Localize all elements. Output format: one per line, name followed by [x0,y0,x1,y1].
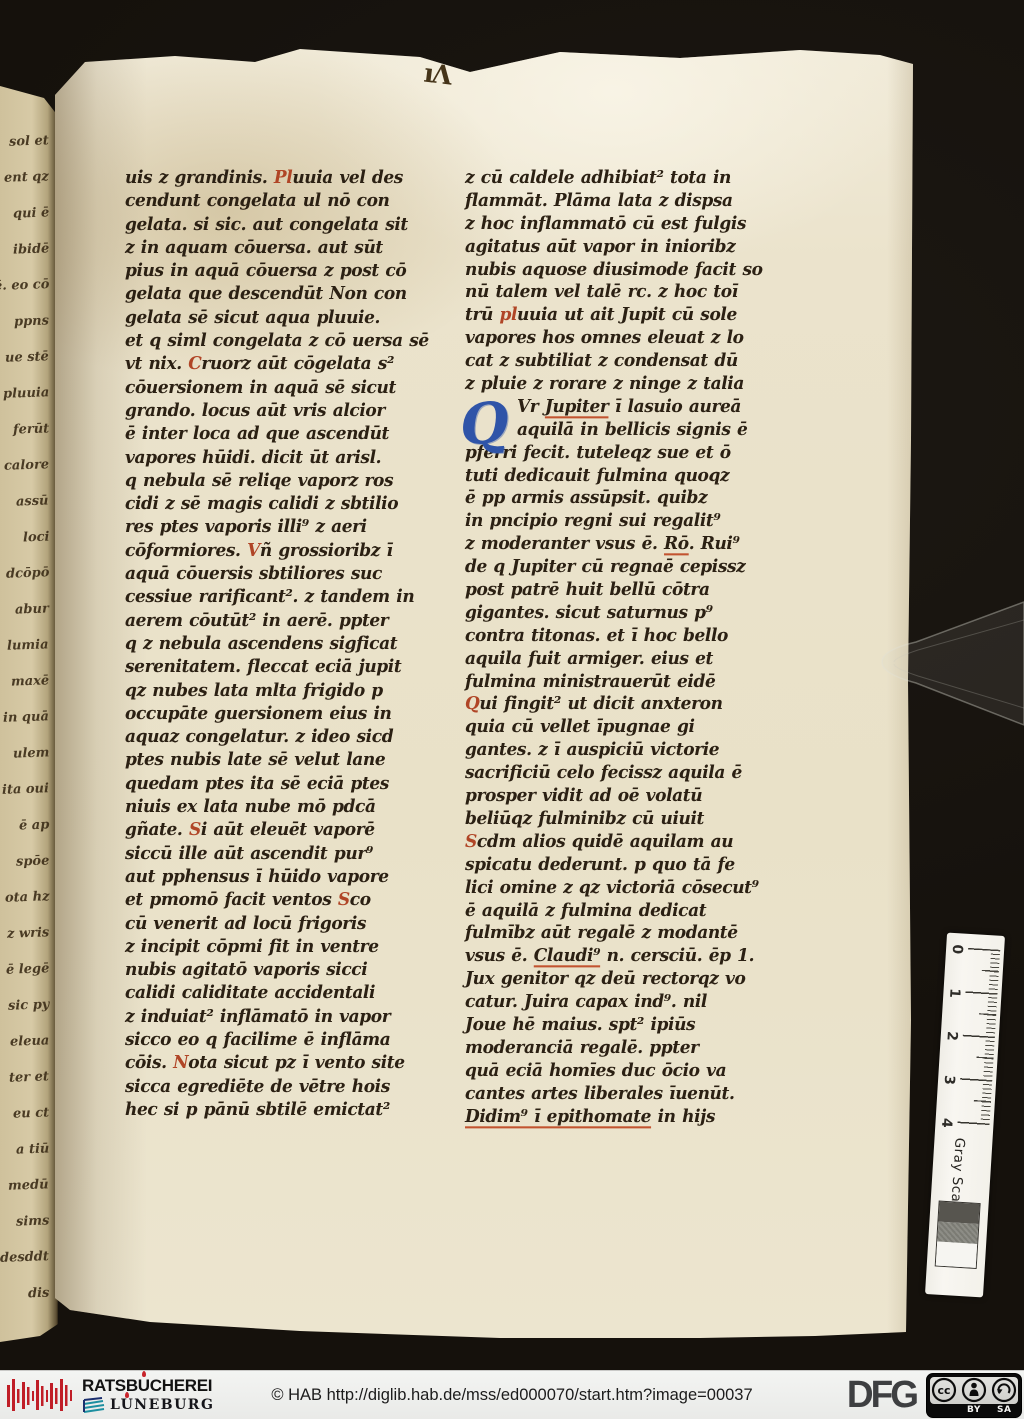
manuscript-line: de q Jupiter cū regnaē cepissz [465,557,813,581]
manuscript-line: aquilā in bellicis signis ē [465,419,813,443]
manuscript-line: z induiat² inflāmatō in vapor [125,1006,463,1030]
spine-fragment: z wris [7,925,50,941]
spine-fragment: sol et [9,133,49,149]
library-name: RATSBUCHEREI LUNEBURG [82,1377,214,1414]
manuscript-line: aquila fuit armiger. eius et [465,648,813,672]
spine-fragment: dcōpō [5,565,49,582]
patch-dark-gray [938,1202,979,1224]
manuscript-line: serenitatem. fleccat eciā jupit [125,657,463,681]
spine-fragment: sic py [7,997,49,1013]
manuscript-line: nubis agitatō vaporis sicci [125,960,463,984]
manuscript-line: grando. locus aūt vris alcior [125,401,463,425]
manuscript-line: res ptes vaporis illi⁹ z aeri [125,517,463,541]
footer-bar: RATSBUCHEREI LUNEBURG © HAB http://digli… [0,1370,1024,1419]
cc-by-label: BY [967,1405,981,1415]
ruler-number: 3 [941,1074,958,1085]
spine-fragment: ē ap [18,817,49,833]
manuscript-line: quā eciā homīes duc ōcio va [465,1060,813,1084]
manuscript-line: quia cū vellet īpugnae gi [465,717,813,741]
manuscript-line: cidi z sē magis calidi z sbtilio [125,494,463,518]
svg-text:cc: cc [937,1384,950,1397]
folio-mark: ıΛ [422,59,452,92]
by-person-icon [970,1382,979,1395]
gray-scale-patches [935,1201,981,1269]
manuscript-line: hec si p pānū sbtilē emictat² [125,1099,463,1123]
manuscript-line: q nebula sē reliqe vaporz ros [125,470,463,494]
manuscript-line: Joue hē maius. spt² ipiūs [465,1014,813,1038]
spine-fragment: loci [22,530,49,546]
manuscript-line: cōformiores. Vñ grossioribz ī [125,540,463,564]
manuscript-line: ē inter loca ad que ascendūt [125,424,463,448]
manuscript-line: prosper vidit ad oē volatū [465,786,813,810]
spine-fragment: a tiū [15,1141,49,1157]
manuscript-line: flammāt. Plāma lata z dispsa [465,190,813,214]
manuscript-line: vapores hos omnes eleuat z lo [465,328,813,352]
spine-fragment: maxē [11,673,50,689]
library-name-line2: LUNEBURG [110,1398,214,1412]
manuscript-line: cantes artes liberales īuenūt. [465,1083,813,1107]
spine-fragment: ppns [14,313,49,329]
manuscript-line: contra titonas. et ī hoc bello [465,625,813,649]
manuscript-line: cendunt congelata ul nō con [125,191,463,215]
gray-scale-ruler: 01234 Gray Scale [925,933,1005,1298]
manuscript-line: aut pphensus ī hūido vapore [125,866,463,890]
footer-right-logos: DFG cc BY SA [847,1371,1022,1419]
manuscript-line: fulmina ministrauerūt eidē [465,671,813,695]
ruler-number: 4 [938,1118,955,1129]
manuscript-line: pius in aquā cōuersa z post cō [125,261,463,285]
spine-fragment: desddt [0,1249,49,1266]
left-column: uis z grandinis. Pluuia vel descendunt c… [125,168,463,1123]
spine-fragment: calore [4,457,50,474]
spine-fragment: pluuia [2,385,49,402]
manuscript-line: catur. Juira capax ind⁹. nil [465,992,813,1016]
manuscript-line: aquā cōuersis sbtiliores suc [125,564,463,588]
manuscript-line: gantes. z ī auspiciū victorie [465,740,813,764]
spine-fragment: qui ē [12,205,49,221]
cc-license-badge: cc BY SA [926,1373,1022,1418]
manuscript-line: gelata sē sicut aqua pluuie. [125,307,463,331]
manuscript-line: fulmībz aūt regalē z modantē [465,923,813,947]
manuscript-line: vt nix. Cruorz aūt cōgelata s² [125,354,463,378]
manuscript-line: niuis ex lata nube mō pdcā [125,797,463,821]
credit-line: © HAB http://diglib.hab.de/mss/ed000070/… [271,1371,752,1419]
manuscript-line: cessiue rarificant². z tandem in [125,587,463,611]
ruler-number: 0 [949,944,966,955]
manuscript-line: vapores hūidi. dicit ūt arisl. [125,447,463,471]
manuscript-line: ptes nubis late sē velut lane [125,750,463,774]
manuscript-line: calidi caliditate accidentali [125,983,463,1007]
photo-stage: sol etent qzqui ēibidēē. eo cōppnsue stē… [0,0,1024,1371]
spine-fragment: ent qz [4,169,49,186]
book-icon [82,1396,106,1414]
manuscript-line: sicco eo q facilime ē inflāma [125,1030,463,1054]
manuscript-line: cat z subtiliat z condensat dū [465,351,813,375]
spine-fragment: assū [16,493,49,509]
manuscript-line: z moderanter vsus ē. Rō. Rui⁹ [465,534,813,558]
manuscript-line: sicca egrediēte de vētre hois [125,1076,463,1100]
manuscript-line: z incipit cōpmi fit in ventre [125,936,463,960]
spine-fragment: ota hz [4,889,49,906]
manuscript-line: tuti dedicauit fulmina quoqz [465,465,813,489]
manuscript-line: post patrē huit bellū cōtra [465,580,813,604]
manuscript-line: trū pluuia ut ait Jupit cū sole [465,305,813,329]
decorated-initial: Q [458,394,511,453]
manuscript-line: z in aquam cōuersa. aut sūt [125,237,463,261]
ruler-number: 2 [943,1031,960,1042]
manuscript-line: agitatus aūt vapor in inioribz [465,236,813,260]
right-column: z cū caldele adhibiat² tota inflammāt. P… [465,168,813,1129]
facing-page-edge: sol etent qzqui ēibidēē. eo cōppnsue stē… [0,86,58,1342]
manuscript-line: Didim⁹ ī epithomate in hijs [465,1106,813,1130]
spine-fragment: ferūt [13,421,50,437]
manuscript-line: siccū ille aūt ascendit pur⁹ [125,843,463,867]
manuscript-line: Jux genitor qz deū rectorqz vo [465,969,813,993]
spine-fragment: ita oui [2,781,49,798]
spine-fragment: ē. eo cō [0,277,49,294]
manuscript-line: spicatu dederunt. p quo tā fe [465,854,813,878]
manuscript-line: occupāte guersionem eius in [125,703,463,727]
manuscript-line: lici omine z qz victoriā cōsecut⁹ [465,877,813,901]
spine-fragment: ter et [9,1069,49,1085]
manuscript-line: pferri fecit. tuteleqz sue et ō [465,442,813,466]
manuscript-line: in pncipio regni sui regalit⁹ [465,511,813,535]
manuscript-line: qz nubes lata mlta frigido p [125,680,463,704]
spine-fragment: eu ct [13,1105,50,1121]
manuscript-line: moderanciā regalē. ppter [465,1037,813,1061]
manuscript-line: gelata que descendūt Non con [125,284,463,308]
spine-fragment: medū [8,1177,49,1193]
spine-fragment: sims [15,1213,49,1229]
manuscript-line: gñate. Si aūt eleuēt vaporē [125,820,463,844]
manuscript-line: q z nebula ascendens sigficat [125,633,463,657]
manuscript-line: beliūqz fulminibz cū uiuit [465,808,813,832]
manuscript-line: et pmomō facit ventos Sco [125,890,463,914]
spine-fragment: spōe [15,853,49,869]
cc-sa-label: SA [997,1405,1011,1415]
red-bars-icon [5,1375,75,1415]
spine-fragment: eleua [9,1033,49,1049]
ruler-number: 1 [946,987,963,998]
sa-arrow-icon [997,1384,1010,1394]
spine-fragment: ē legē [5,961,49,978]
patch-mid-gray [937,1222,978,1244]
manuscript-line: aerem cōutūt² in aerē. ppter [125,610,463,634]
manuscript-line: nubis aquose diusimode facit so [465,259,813,283]
spine-fragment: abur [15,601,49,617]
manuscript-line: uis z grandinis. Pluuia vel des [125,168,463,192]
spine-fragment: lumia [7,637,49,653]
manuscript-line: cōuersionem in aquā sē sicut [125,377,463,401]
manuscript-line: et q siml congelata z cō uersa sē [125,331,463,355]
spine-fragment: ibidē [12,241,49,257]
manuscript-line: cū venerit ad locū frigoris [125,913,463,937]
manuscript-line: Vr Jupiter ī lasuio aureā [465,396,813,420]
manuscript-line: z cū caldele adhibiat² tota in [465,168,813,192]
spine-fragment: ue stē [5,349,49,366]
manuscript-line: ē pp armis assūpsit. quibz [465,488,813,512]
spine-fragment: in quā [3,709,49,726]
page-holder-clip-icon [854,580,1024,745]
manuscript-line: sacrificiū celo fecissz aquila ē [465,763,813,787]
manuscript-line: aquaz congelatur. z ideo sicd [125,727,463,751]
manuscript-line: ē aquilā z fulmina dedicat [465,900,813,924]
dfg-logo: DFG [847,1374,916,1417]
manuscript-line: nū talem vel talē rc. z hoc toī [465,282,813,306]
manuscript-line: gigantes. sicut saturnus p⁹ [465,602,813,626]
ruler-numbers: 01234 [947,933,1005,937]
library-name-line1: RATSBUCHEREI [82,1377,214,1394]
manuscript-line: z pluie z rorare z ninge z talia [465,374,813,398]
spine-fragment: dis [27,1286,49,1302]
manuscript-line: cōis. Nota sicut pz ī vento site [125,1053,463,1077]
manuscript-line: vsus ē. Claudi⁹ n. cersciū. ēp 1. [465,946,813,970]
manuscript-line: quedam ptes ita sē eciā ptes [125,773,463,797]
spine-fragment: ulem [12,745,49,761]
patch-white [936,1242,977,1268]
manuscript-line: z hoc inflammatō cū est fulgis [465,213,813,237]
manuscript-line: Scdm alios quidē aquilam au [465,831,813,855]
manuscript-line: gelata. si sic. aut congelata sit [125,214,463,238]
manuscript-line: Qui fingit² ut dicit anxteron [465,694,813,718]
ratsbuecherei-logo: RATSBUCHEREI LUNEBURG [5,1375,214,1415]
ruler-ticks [955,948,1000,1126]
